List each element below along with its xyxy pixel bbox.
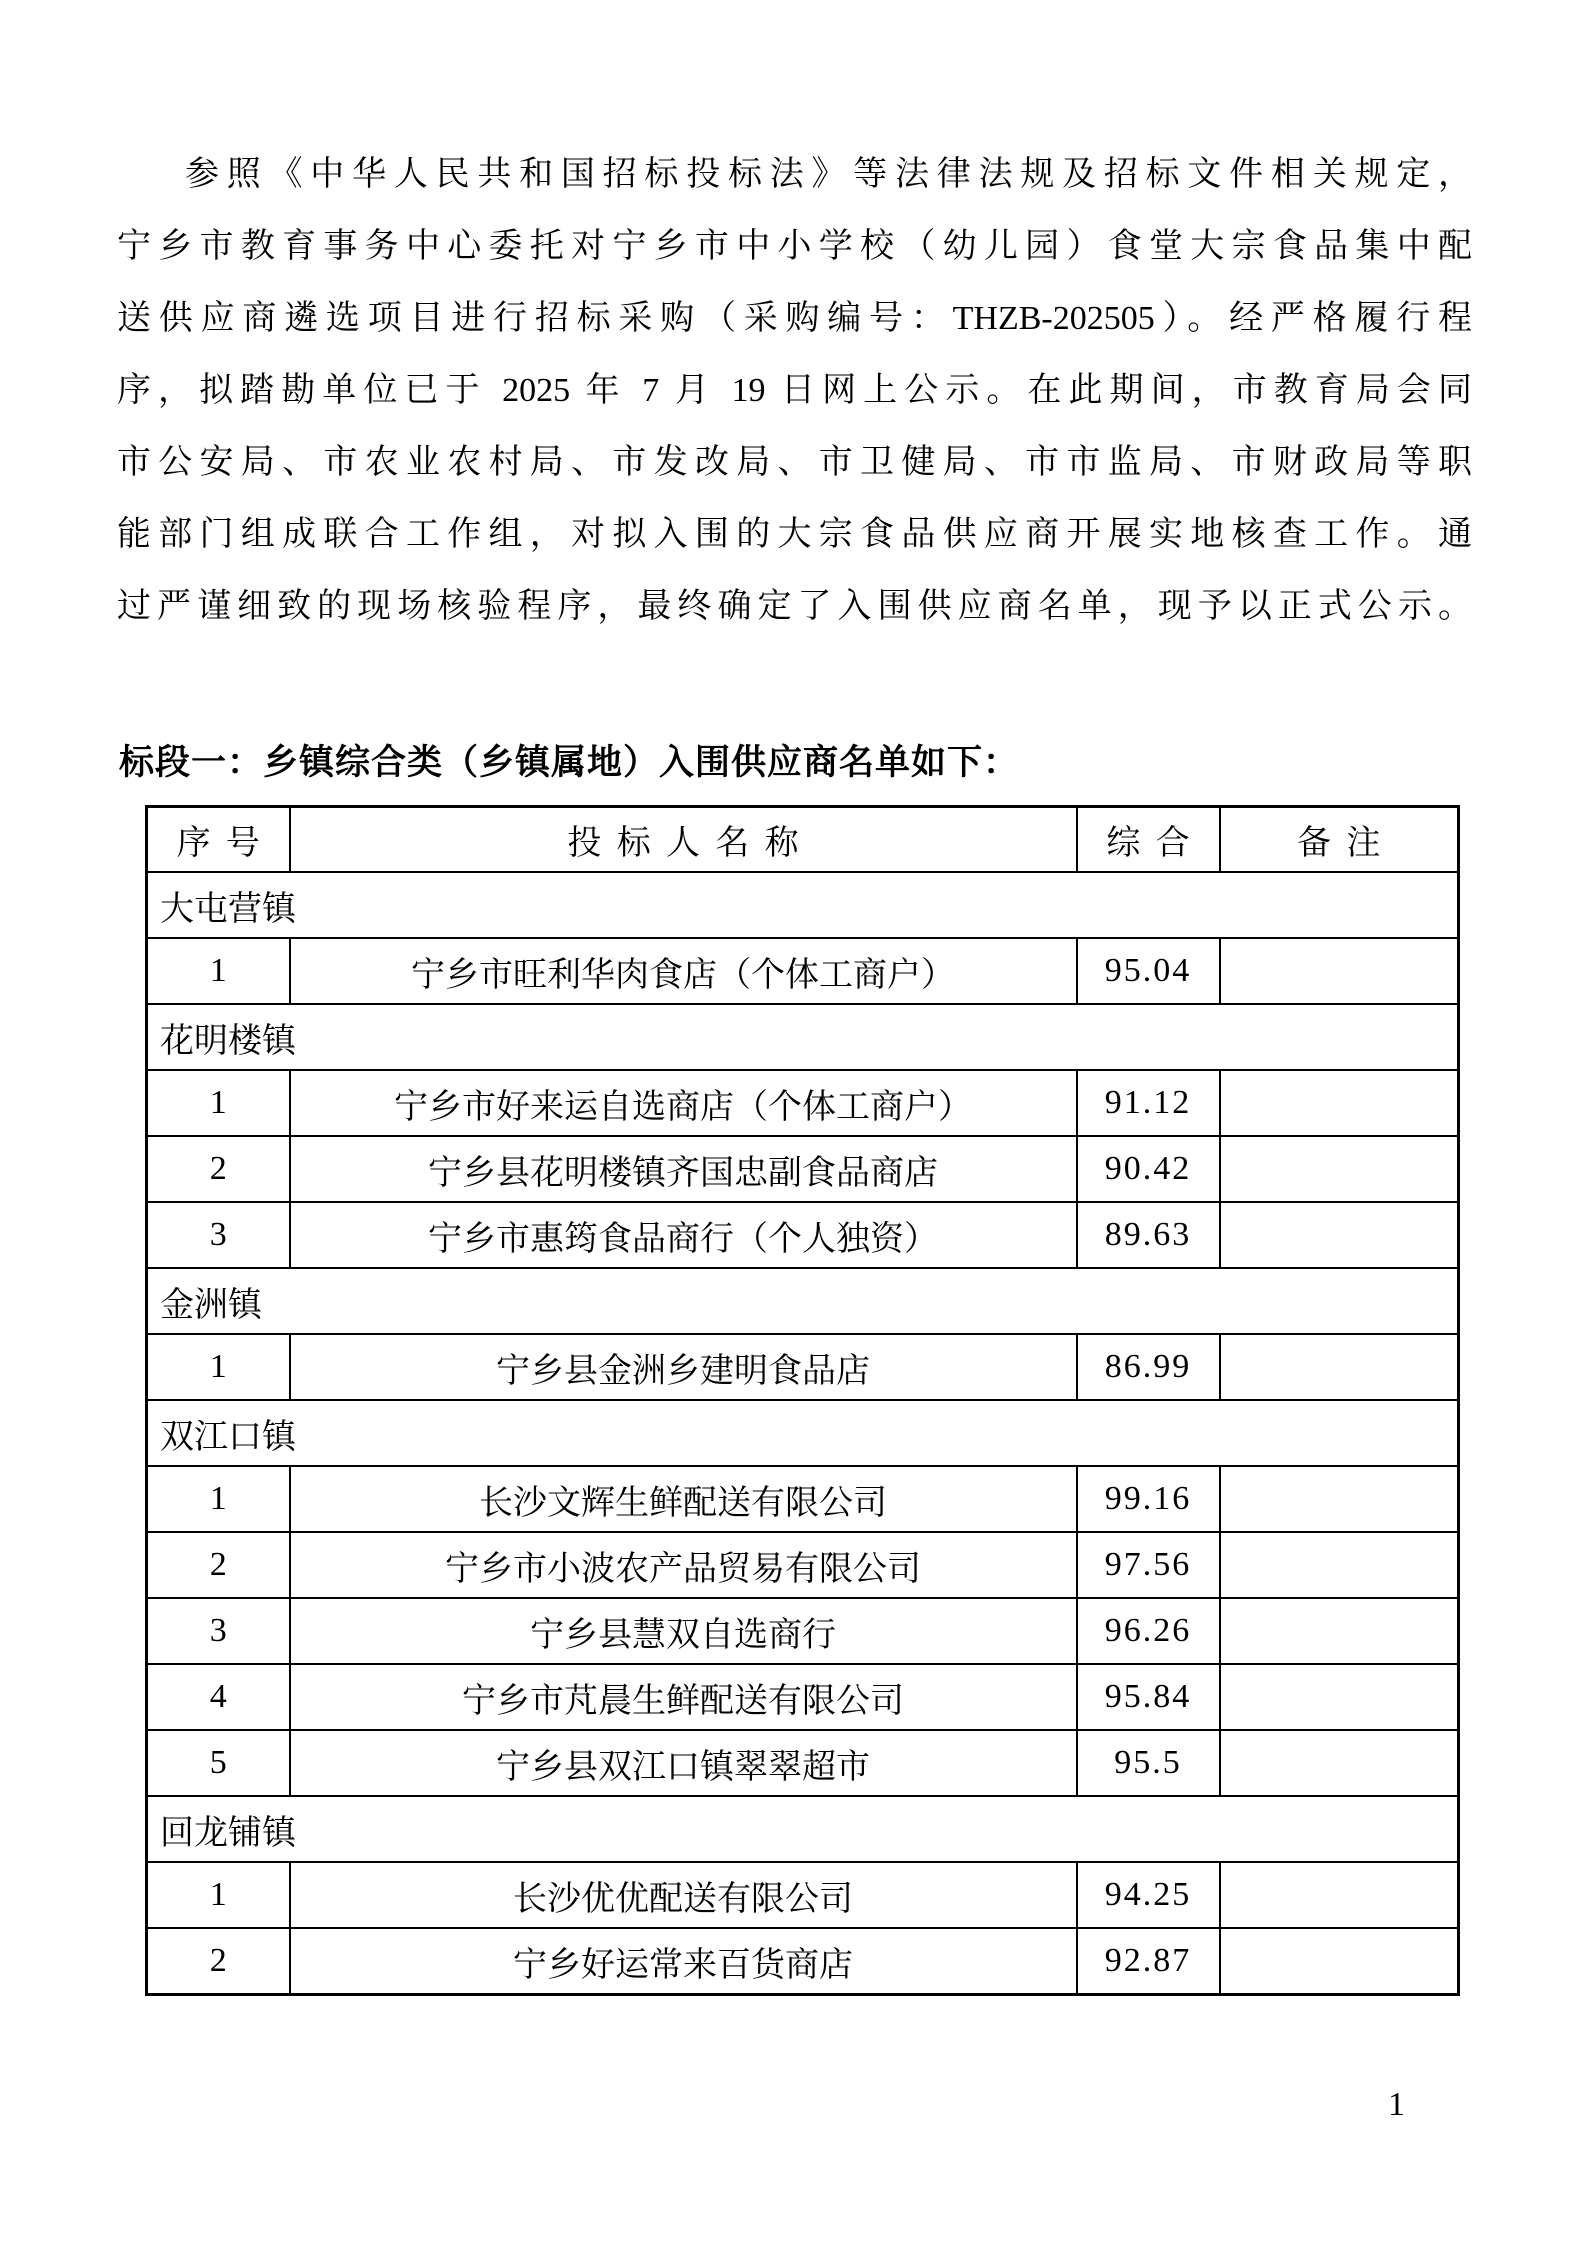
header-cell-bidder: 投标人名称 [290,807,1077,873]
table-row: 1宁乡县金洲乡建明食品店86.99 [147,1334,1459,1400]
remark-cell [1220,1928,1459,1995]
remark-cell [1220,1466,1459,1532]
score-cell: 89.63 [1077,1202,1220,1268]
table-row: 1长沙文辉生鲜配送有限公司99.16 [147,1466,1459,1532]
score-cell: 94.25 [1077,1862,1220,1928]
section-row: 金洲镇 [147,1268,1459,1334]
table-row: 2宁乡好运常来百货商店92.87 [147,1928,1459,1995]
rank-cell: 5 [147,1730,290,1796]
score-cell: 95.04 [1077,938,1220,1004]
table-row: 2宁乡市小波农产品贸易有限公司97.56 [147,1532,1459,1598]
bidder-name-cell: 宁乡好运常来百货商店 [290,1928,1077,1995]
score-cell: 90.42 [1077,1136,1220,1202]
bidder-name-cell: 宁乡县双江口镇翠翠超市 [290,1730,1077,1796]
bidder-name-cell: 宁乡市惠筠食品商行（个人独资） [290,1202,1077,1268]
score-cell: 92.87 [1077,1928,1220,1995]
section-label: 金洲镇 [147,1268,1459,1334]
header-cell-remark: 备注 [1220,807,1459,873]
section-row: 回龙铺镇 [147,1796,1459,1862]
rank-cell: 1 [147,1334,290,1400]
body-paragraph: 参照《中华人民共和国招标投标法》等法律法规及招标文件相关规定，宁乡市教育事务中心… [117,139,1472,643]
score-cell: 99.16 [1077,1466,1220,1532]
bidder-name-cell: 长沙优优配送有限公司 [290,1862,1077,1928]
table-row: 1宁乡市好来运自选商店（个体工商户）91.12 [147,1070,1459,1136]
score-cell: 97.56 [1077,1532,1220,1598]
paragraph-line: 宁乡市教育事务中心委托对宁乡市中小学校（幼儿园）食堂大宗食品集中配 [117,211,1472,283]
bidder-name-cell: 宁乡县慧双自选商行 [290,1598,1077,1664]
table-row: 1宁乡市旺利华肉食店（个体工商户）95.04 [147,938,1459,1004]
remark-cell [1220,1202,1459,1268]
score-cell: 96.26 [1077,1598,1220,1664]
section-heading: 标段一：乡镇综合类（乡镇属地）入围供应商名单如下： [119,735,1019,785]
rank-cell: 1 [147,1070,290,1136]
table-header-row: 序号 投标人名称 综合 备注 [147,807,1459,873]
bidder-name-cell: 宁乡市好来运自选商店（个体工商户） [290,1070,1077,1136]
bidder-name-cell: 宁乡县花明楼镇齐国忠副食品商店 [290,1136,1077,1202]
score-cell: 95.84 [1077,1664,1220,1730]
remark-cell [1220,1532,1459,1598]
supplier-table: 序号 投标人名称 综合 备注 大屯营镇1宁乡市旺利华肉食店（个体工商户）95.0… [145,805,1460,1996]
bidder-name-cell: 宁乡市小波农产品贸易有限公司 [290,1532,1077,1598]
bidder-name-cell: 宁乡市芃晨生鲜配送有限公司 [290,1664,1077,1730]
paragraph-line: 参照《中华人民共和国招标投标法》等法律法规及招标文件相关规定， [117,139,1472,211]
paragraph-line: 序，拟踏勘单位已于 2025 年 7 月 19 日网上公示。在此期间，市教育局会… [117,355,1472,427]
document-page: 参照《中华人民共和国招标投标法》等法律法规及招标文件相关规定，宁乡市教育事务中心… [0,0,1587,2245]
paragraph-line: 送供应商遴选项目进行招标采购（采购编号：THZB-202505）。经严格履行程 [117,283,1472,355]
paragraph-line: 市公安局、市农业农村局、市发改局、市卫健局、市市监局、市财政局等职 [117,427,1472,499]
section-label: 双江口镇 [147,1400,1459,1466]
section-label: 大屯营镇 [147,872,1459,938]
bidder-name-cell: 宁乡市旺利华肉食店（个体工商户） [290,938,1077,1004]
table-row: 1长沙优优配送有限公司94.25 [147,1862,1459,1928]
rank-cell: 2 [147,1136,290,1202]
table-row: 3宁乡县慧双自选商行96.26 [147,1598,1459,1664]
rank-cell: 3 [147,1598,290,1664]
table-row: 4宁乡市芃晨生鲜配送有限公司95.84 [147,1664,1459,1730]
rank-cell: 1 [147,1466,290,1532]
paragraph-line: 能部门组成联合工作组，对拟入围的大宗食品供应商开展实地核查工作。通 [117,499,1472,571]
remark-cell [1220,1070,1459,1136]
section-row: 花明楼镇 [147,1004,1459,1070]
section-label: 回龙铺镇 [147,1796,1459,1862]
score-cell: 86.99 [1077,1334,1220,1400]
table-row: 5宁乡县双江口镇翠翠超市95.5 [147,1730,1459,1796]
header-cell-no: 序号 [147,807,290,873]
remark-cell [1220,938,1459,1004]
page-number: 1 [1388,2085,1405,2125]
remark-cell [1220,1730,1459,1796]
header-cell-score: 综合 [1077,807,1220,873]
bidder-name-cell: 宁乡县金洲乡建明食品店 [290,1334,1077,1400]
table-row: 3宁乡市惠筠食品商行（个人独资）89.63 [147,1202,1459,1268]
rank-cell: 2 [147,1928,290,1995]
rank-cell: 1 [147,1862,290,1928]
bidder-name-cell: 长沙文辉生鲜配送有限公司 [290,1466,1077,1532]
score-cell: 95.5 [1077,1730,1220,1796]
table-row: 2宁乡县花明楼镇齐国忠副食品商店90.42 [147,1136,1459,1202]
paragraph-line: 过严谨细致的现场核验程序，最终确定了入围供应商名单，现予以正式公示。 [117,571,1472,643]
remark-cell [1220,1664,1459,1730]
section-label: 花明楼镇 [147,1004,1459,1070]
remark-cell [1220,1334,1459,1400]
supplier-table-body: 大屯营镇1宁乡市旺利华肉食店（个体工商户）95.04花明楼镇1宁乡市好来运自选商… [147,872,1459,1995]
remark-cell [1220,1598,1459,1664]
score-cell: 91.12 [1077,1070,1220,1136]
section-row: 双江口镇 [147,1400,1459,1466]
rank-cell: 3 [147,1202,290,1268]
remark-cell [1220,1136,1459,1202]
rank-cell: 4 [147,1664,290,1730]
rank-cell: 1 [147,938,290,1004]
section-row: 大屯营镇 [147,872,1459,938]
rank-cell: 2 [147,1532,290,1598]
remark-cell [1220,1862,1459,1928]
